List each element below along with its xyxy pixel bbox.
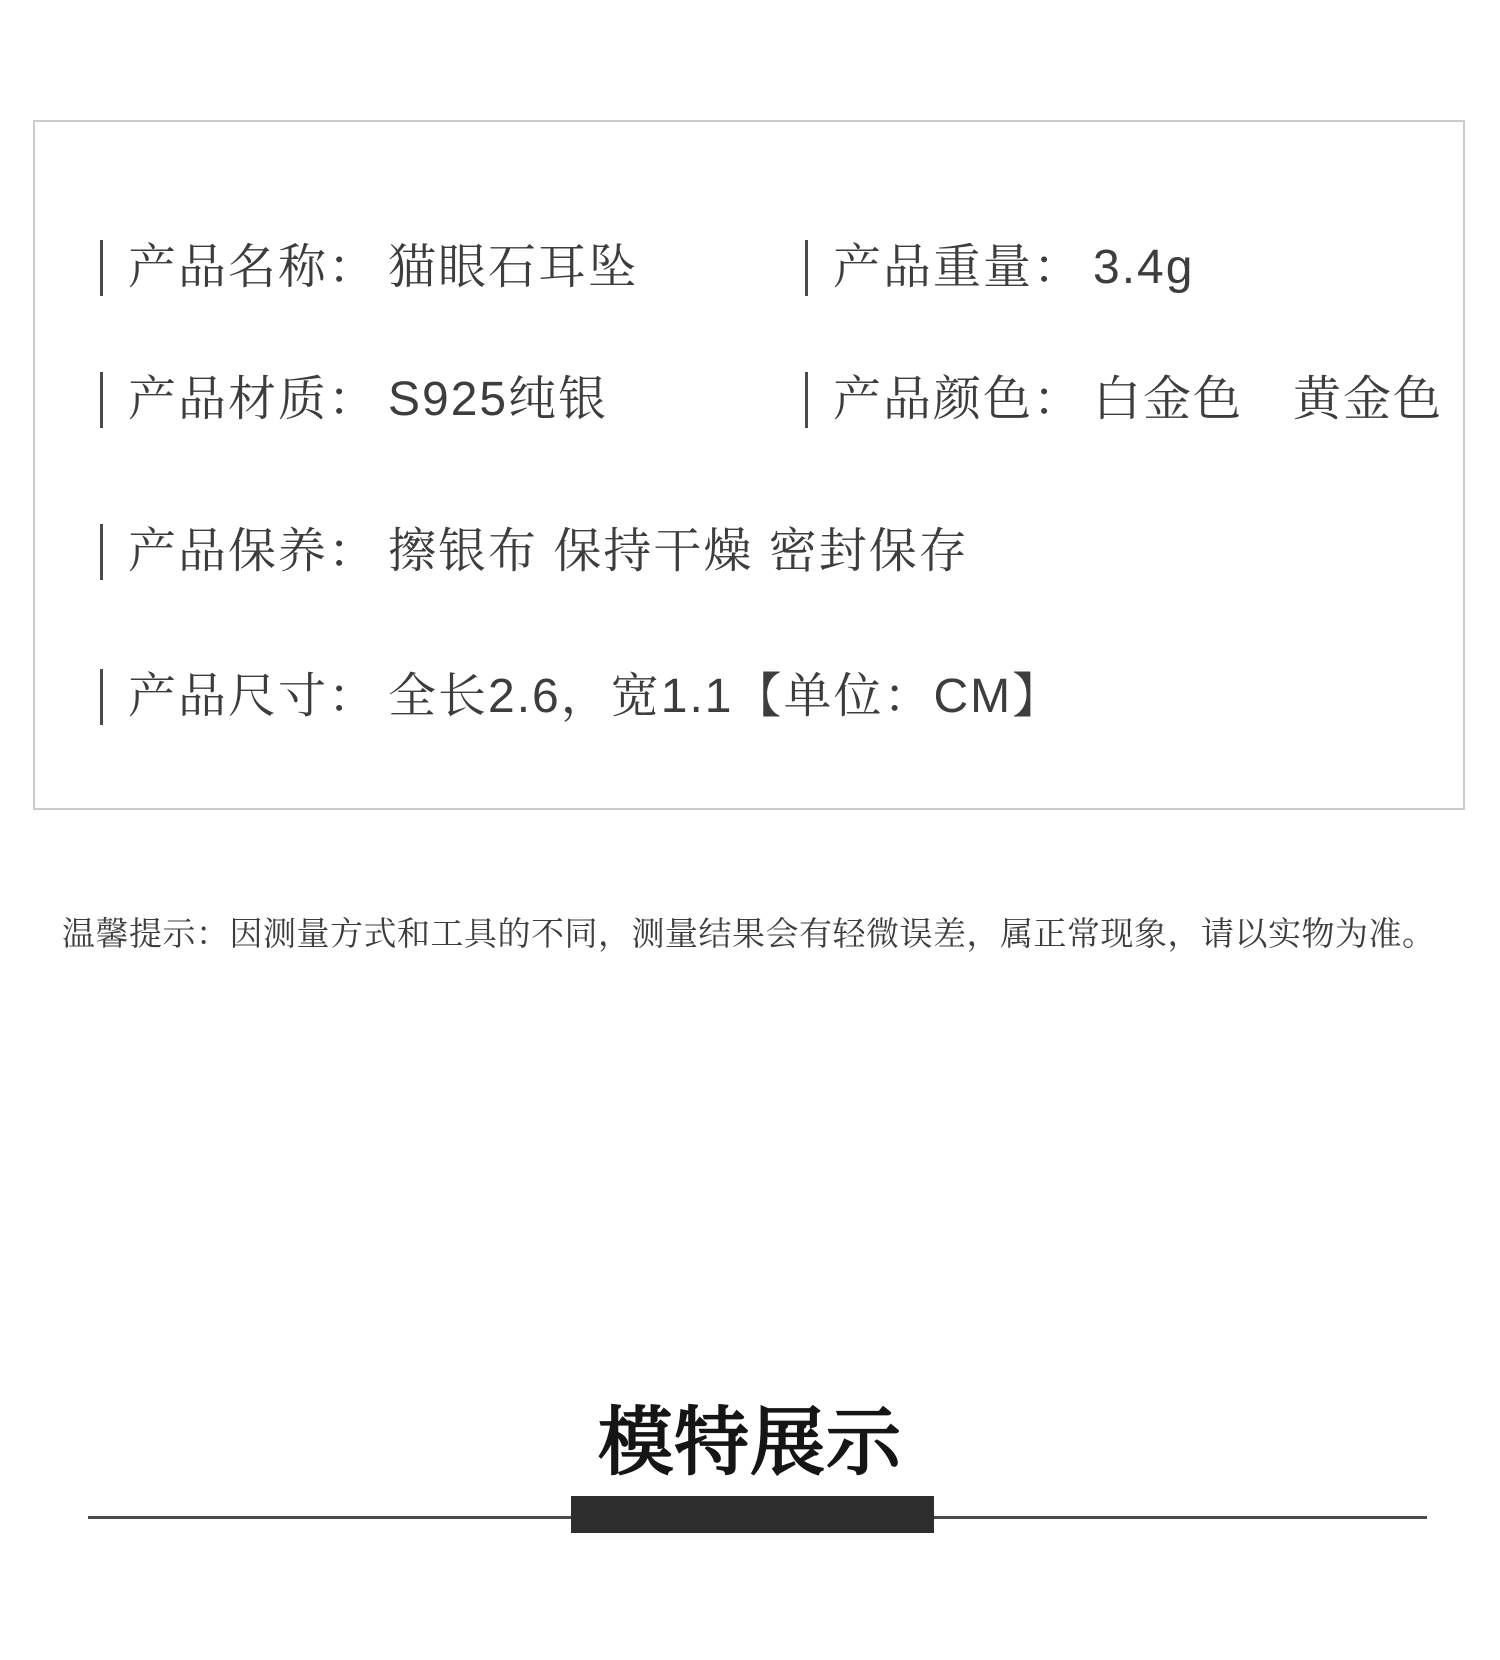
model-display-section: 模特展示 <box>0 1380 1500 1560</box>
spec-value: 擦银布 保持干燥 密封保存 <box>388 522 969 582</box>
spec-item-product-color: 产品颜色： 白金色 黄金色 <box>805 370 1443 430</box>
title-underline-bar <box>571 1496 934 1533</box>
spec-value: S925纯银 <box>388 370 608 430</box>
divider-bar <box>100 240 103 296</box>
divider-bar <box>805 240 808 296</box>
spec-item-product-material: 产品材质： S925纯银 <box>100 370 608 430</box>
measurement-notice: 温馨提示：因测量方式和工具的不同，测量结果会有轻微误差，属正常现象，请以实物为准… <box>62 912 1436 956</box>
divider-bar <box>805 372 808 428</box>
divider-bar <box>100 524 103 580</box>
spec-label: 产品颜色： <box>833 370 1083 430</box>
spec-row-name-weight: 产品名称： 猫眼石耳坠 产品重量： 3.4g <box>35 238 1463 298</box>
spec-label: 产品材质： <box>128 370 378 430</box>
spec-row-material-color: 产品材质： S925纯银 产品颜色： 白金色 黄金色 <box>35 370 1463 430</box>
spec-value: 白金色 黄金色 <box>1093 370 1443 430</box>
product-detail-page: 产品名称： 猫眼石耳坠 产品重量： 3.4g 产品材质： S925纯银 产品颜色… <box>0 0 1500 1660</box>
product-spec-box: 产品名称： 猫眼石耳坠 产品重量： 3.4g 产品材质： S925纯银 产品颜色… <box>33 120 1465 810</box>
spec-item-product-care: 产品保养： 擦银布 保持干燥 密封保存 <box>100 522 969 582</box>
spec-item-product-name: 产品名称： 猫眼石耳坠 <box>100 238 638 298</box>
spec-label: 产品保养： <box>128 522 378 582</box>
spec-row-care: 产品保养： 擦银布 保持干燥 密封保存 <box>35 522 1463 582</box>
divider-bar <box>100 669 103 725</box>
spec-label: 产品尺寸： <box>128 667 378 727</box>
spec-value: 猫眼石耳坠 <box>388 238 638 298</box>
spec-item-product-weight: 产品重量： 3.4g <box>805 238 1194 298</box>
divider-bar <box>100 372 103 428</box>
spec-label: 产品名称： <box>128 238 378 298</box>
spec-value: 全长2.6，宽1.1【单位：CM】 <box>388 667 1062 727</box>
spec-label: 产品重量： <box>833 238 1083 298</box>
spec-item-product-size: 产品尺寸： 全长2.6，宽1.1【单位：CM】 <box>100 667 1062 727</box>
spec-row-size: 产品尺寸： 全长2.6，宽1.1【单位：CM】 <box>35 667 1463 727</box>
spec-value: 3.4g <box>1093 238 1194 298</box>
section-title: 模特展示 <box>0 1392 1500 1492</box>
